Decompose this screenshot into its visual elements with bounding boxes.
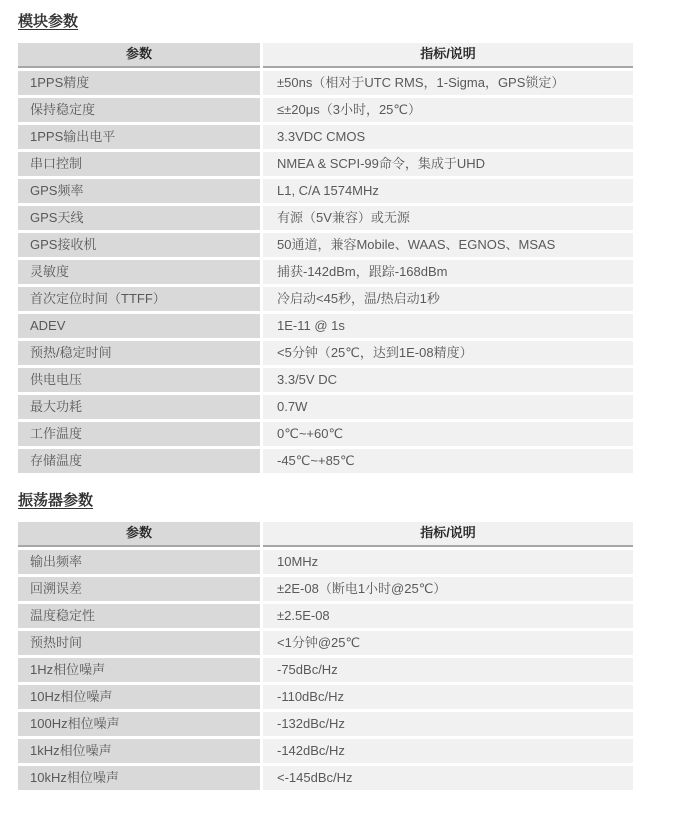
param-value-cell: L1, C/A 1574MHz (263, 179, 633, 203)
table-row: 预热时间<1分钟@25℃ (18, 631, 633, 655)
table-row: 1kHz相位噪声-142dBc/Hz (18, 739, 633, 763)
param-name-cell: 灵敏度 (18, 260, 260, 284)
table-row: 10kHz相位噪声<-145dBc/Hz (18, 766, 633, 790)
table-row: 10Hz相位噪声-110dBc/Hz (18, 685, 633, 709)
param-name-cell: 最大功耗 (18, 395, 260, 419)
param-value-cell: NMEA & SCPI-99命令，集成于UHD (263, 152, 633, 176)
module-params-section: 模块参数 参数 指标/说明 1PPS精度±50ns（相对于UTC RMS，1-S… (18, 12, 662, 476)
column-header-param: 参数 (18, 43, 260, 68)
param-name-cell: 1kHz相位噪声 (18, 739, 260, 763)
table-row: 首次定位时间（TTFF）冷启动<45秒，温/热启动1秒 (18, 287, 633, 311)
table-row: 保持稳定度≤±20μs（3小时，25℃） (18, 98, 633, 122)
table-row: 1Hz相位噪声-75dBc/Hz (18, 658, 633, 682)
param-name-cell: 工作温度 (18, 422, 260, 446)
module-params-title: 模块参数 (18, 12, 662, 32)
param-name-cell: 回溯误差 (18, 577, 260, 601)
param-name-cell: 1Hz相位噪声 (18, 658, 260, 682)
param-name-cell: 存储温度 (18, 449, 260, 473)
param-value-cell: <-145dBc/Hz (263, 766, 633, 790)
param-value-cell: 有源（5V兼容）或无源 (263, 206, 633, 230)
param-value-cell: 0℃~+60℃ (263, 422, 633, 446)
table-row: 输出频率10MHz (18, 550, 633, 574)
table-row: 预热/稳定时间<5分钟（25℃，达到1E-08精度） (18, 341, 633, 365)
table-row: GPS接收机50通道，兼容Mobile、WAAS、EGNOS、MSAS (18, 233, 633, 257)
param-name-cell: 首次定位时间（TTFF） (18, 287, 260, 311)
table-header-row: 参数 指标/说明 (18, 522, 633, 547)
param-name-cell: 100Hz相位噪声 (18, 712, 260, 736)
param-name-cell: 输出频率 (18, 550, 260, 574)
param-value-cell: 捕获-142dBm，跟踪-168dBm (263, 260, 633, 284)
table-row: GPS频率L1, C/A 1574MHz (18, 179, 633, 203)
param-name-cell: 串口控制 (18, 152, 260, 176)
param-name-cell: ADEV (18, 314, 260, 338)
param-value-cell: 冷启动<45秒，温/热启动1秒 (263, 287, 633, 311)
param-name-cell: 预热时间 (18, 631, 260, 655)
table-row: 工作温度0℃~+60℃ (18, 422, 633, 446)
oscillator-params-table: 参数 指标/说明 输出频率10MHz回溯误差±2E-08（断电1小时@25℃）温… (15, 519, 636, 793)
table-row: 100Hz相位噪声-132dBc/Hz (18, 712, 633, 736)
param-value-cell: <1分钟@25℃ (263, 631, 633, 655)
param-value-cell: -45℃~+85℃ (263, 449, 633, 473)
oscillator-params-section: 振荡器参数 参数 指标/说明 输出频率10MHz回溯误差±2E-08（断电1小时… (18, 491, 662, 793)
table-row: 灵敏度捕获-142dBm，跟踪-168dBm (18, 260, 633, 284)
param-value-cell: -132dBc/Hz (263, 712, 633, 736)
param-name-cell: GPS天线 (18, 206, 260, 230)
spec-page: 模块参数 参数 指标/说明 1PPS精度±50ns（相对于UTC RMS，1-S… (0, 0, 680, 793)
param-value-cell: 3.3VDC CMOS (263, 125, 633, 149)
oscillator-params-title: 振荡器参数 (18, 491, 662, 511)
param-name-cell: 供电电压 (18, 368, 260, 392)
table-row: 1PPS精度±50ns（相对于UTC RMS，1-Sigma，GPS锁定） (18, 71, 633, 95)
param-value-cell: ±2.5E-08 (263, 604, 633, 628)
table-row: 最大功耗0.7W (18, 395, 633, 419)
table-row: GPS天线有源（5V兼容）或无源 (18, 206, 633, 230)
column-header-spec: 指标/说明 (263, 43, 633, 68)
param-value-cell: -75dBc/Hz (263, 658, 633, 682)
table-row: 串口控制NMEA & SCPI-99命令，集成于UHD (18, 152, 633, 176)
table-row: 供电电压3.3/5V DC (18, 368, 633, 392)
param-value-cell: 10MHz (263, 550, 633, 574)
column-header-param: 参数 (18, 522, 260, 547)
param-name-cell: 10Hz相位噪声 (18, 685, 260, 709)
param-value-cell: ±50ns（相对于UTC RMS，1-Sigma，GPS锁定） (263, 71, 633, 95)
param-value-cell: 3.3/5V DC (263, 368, 633, 392)
param-name-cell: 温度稳定性 (18, 604, 260, 628)
table-header-row: 参数 指标/说明 (18, 43, 633, 68)
param-value-cell: -110dBc/Hz (263, 685, 633, 709)
param-name-cell: 10kHz相位噪声 (18, 766, 260, 790)
column-header-spec: 指标/说明 (263, 522, 633, 547)
param-value-cell: 50通道，兼容Mobile、WAAS、EGNOS、MSAS (263, 233, 633, 257)
param-value-cell: 0.7W (263, 395, 633, 419)
param-value-cell: 1E-11 @ 1s (263, 314, 633, 338)
param-value-cell: ±2E-08（断电1小时@25℃） (263, 577, 633, 601)
param-value-cell: <5分钟（25℃，达到1E-08精度） (263, 341, 633, 365)
param-value-cell: ≤±20μs（3小时，25℃） (263, 98, 633, 122)
table-row: 回溯误差±2E-08（断电1小时@25℃） (18, 577, 633, 601)
param-name-cell: GPS接收机 (18, 233, 260, 257)
table-row: 温度稳定性±2.5E-08 (18, 604, 633, 628)
param-value-cell: -142dBc/Hz (263, 739, 633, 763)
table-row: ADEV1E-11 @ 1s (18, 314, 633, 338)
param-name-cell: 1PPS输出电平 (18, 125, 260, 149)
table-row: 1PPS输出电平3.3VDC CMOS (18, 125, 633, 149)
param-name-cell: 保持稳定度 (18, 98, 260, 122)
param-name-cell: 1PPS精度 (18, 71, 260, 95)
param-name-cell: 预热/稳定时间 (18, 341, 260, 365)
param-name-cell: GPS频率 (18, 179, 260, 203)
table-row: 存储温度-45℃~+85℃ (18, 449, 633, 473)
module-params-table: 参数 指标/说明 1PPS精度±50ns（相对于UTC RMS，1-Sigma，… (15, 40, 636, 476)
